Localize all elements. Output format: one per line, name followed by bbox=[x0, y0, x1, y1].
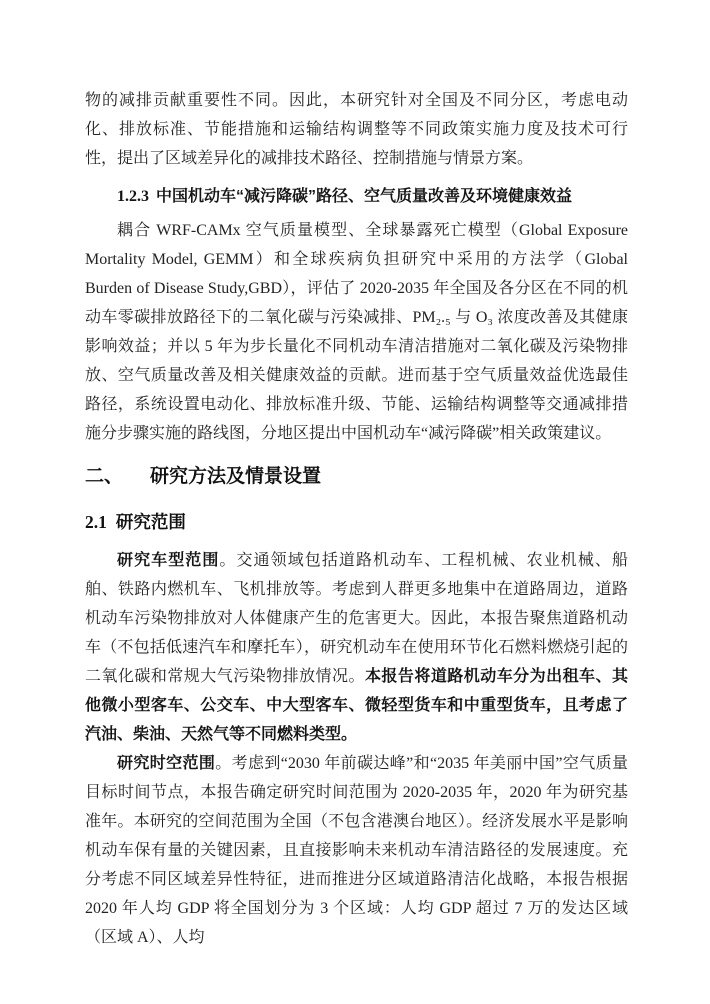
text-run: 。交通领域包括道路机动车、工程机械、农业机械、船舶、铁路内燃机车、飞机排放等。考… bbox=[85, 552, 628, 685]
heading-1-2-3: 1.2.3中国机动车“减污降碳”路径、空气质量改善及环境健康效益 bbox=[85, 182, 628, 211]
bold-text-run: 研究时空范围 bbox=[117, 755, 215, 772]
section-heading-2-number: 二、 bbox=[85, 466, 123, 487]
heading-1-2-3-number: 1.2.3 bbox=[117, 188, 149, 205]
paragraph-continuation: 物的减排贡献重要性不同。因此，本研究针对全国及不同分区，考虑电动化、排放标准、节… bbox=[85, 86, 628, 173]
subsection-heading-2-1-title: 研究范围 bbox=[116, 512, 186, 532]
heading-1-2-3-title: 中国机动车“减污降碳”路径、空气质量改善及环境健康效益 bbox=[156, 188, 572, 205]
bold-text-run: 研究车型范围 bbox=[117, 552, 219, 569]
subsection-heading-2-1-number: 2.1 bbox=[85, 512, 107, 532]
paragraph-spacetime-scope: 研究时空范围。考虑到“2030 年前碳达峰”和“2035 年美丽中国”空气质量目… bbox=[85, 749, 628, 952]
paragraph-methods: 耦合 WRF-CAMx 空气质量模型、全球暴露死亡模型（Global Expos… bbox=[85, 216, 628, 448]
subsection-heading-2-1: 2.1研究范围 bbox=[85, 507, 628, 537]
text-run: 。考虑到“2030 年前碳达峰”和“2035 年美丽中国”空气质量目标时间节点，… bbox=[85, 755, 628, 946]
section-heading-2: 二、研究方法及情景设置 bbox=[85, 461, 628, 492]
document-content: 物的减排贡献重要性不同。因此，本研究针对全国及不同分区，考虑电动化、排放标准、节… bbox=[85, 86, 628, 952]
paragraph-vehicle-scope: 研究车型范围。交通领域包括道路机动车、工程机械、农业机械、船舶、铁路内燃机车、飞… bbox=[85, 546, 628, 749]
section-heading-2-title: 研究方法及情景设置 bbox=[150, 466, 321, 487]
document-page: 物的减排贡献重要性不同。因此，本研究针对全国及不同分区，考虑电动化、排放标准、节… bbox=[0, 0, 710, 1004]
